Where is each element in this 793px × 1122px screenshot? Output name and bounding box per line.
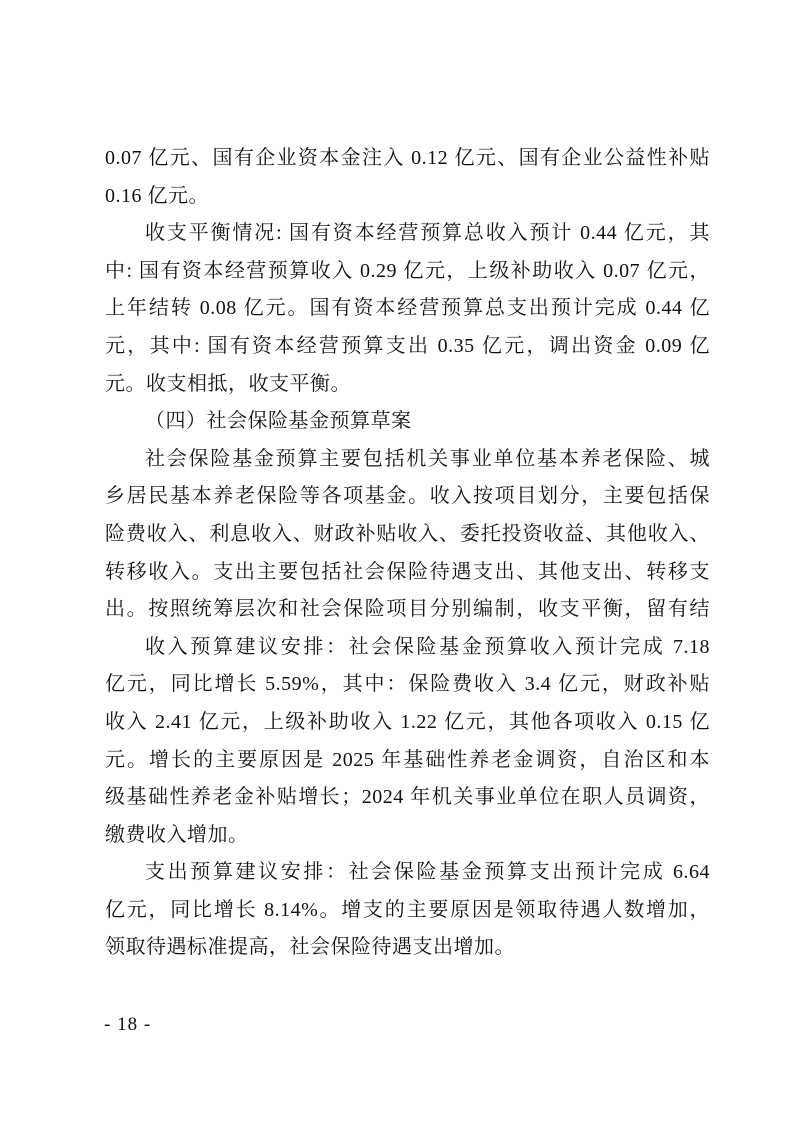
paragraph-line: 亿元，同比增长 5.59%，其中：保险费收入 3.4 亿元，财政补贴 xyxy=(105,666,710,704)
paragraph-line: 收入预算建议安排：社会保险基金预算收入预计完成 7.18 xyxy=(105,629,710,667)
paragraph-line: 亿元，同比增长 8.14%。增支的主要原因是领取待遇人数增加， xyxy=(105,892,710,930)
section-heading: （四）社会保险基金预算草案 xyxy=(105,403,710,441)
paragraph-line: 元，其中: 国有资本经营预算支出 0.35 亿元，调出资金 0.09 亿 xyxy=(105,328,710,366)
page-number: - 18 - xyxy=(104,1012,151,1038)
paragraph-line: 转移收入。支出主要包括社会保险待遇支出、其他支出、转移支 xyxy=(105,554,710,592)
paragraph-line: 上年结转 0.08 亿元。国有资本经营预算总支出预计完成 0.44 亿 xyxy=(105,290,710,328)
paragraph-line: 元。收支相抵，收支平衡。 xyxy=(105,366,710,404)
paragraph-line: 缴费收入增加。 xyxy=(105,817,710,855)
paragraph-line: 险费收入、利息收入、财政补贴收入、委托投资收益、其他收入、 xyxy=(105,516,710,554)
paragraph-line: 0.07 亿元、国有企业资本金注入 0.12 亿元、国有企业公益性补贴 xyxy=(105,140,710,178)
paragraph-line: 元。增长的主要原因是 2025 年基础性养老金调资，自治区和本 xyxy=(105,742,710,780)
paragraph-line: 收支平衡情况: 国有资本经营预算总收入预计 0.44 亿元，其 xyxy=(105,215,710,253)
paragraph-line: 0.16 亿元。 xyxy=(105,178,710,216)
paragraph-line: 领取待遇标准提高，社会保险待遇支出增加。 xyxy=(105,929,710,967)
paragraph-line: 社会保险基金预算主要包括机关事业单位基本养老保险、城 xyxy=(105,441,710,479)
paragraph-line: 支出预算建议安排：社会保险基金预算支出预计完成 6.64 xyxy=(105,854,710,892)
paragraph-line: 中: 国有资本经营预算收入 0.29 亿元，上级补助收入 0.07 亿元， xyxy=(105,253,710,291)
document-body: 0.07 亿元、国有企业资本金注入 0.12 亿元、国有企业公益性补贴0.16 … xyxy=(105,140,710,967)
paragraph-line: 级基础性养老金补贴增长；2024 年机关事业单位在职人员调资， xyxy=(105,779,710,817)
paragraph-line: 出。按照统筹层次和社会保险项目分别编制，收支平衡，留有结余。 xyxy=(105,591,710,629)
document-page: 0.07 亿元、国有企业资本金注入 0.12 亿元、国有企业公益性补贴0.16 … xyxy=(0,0,793,1122)
paragraph-line: 乡居民基本养老保险等各项基金。收入按项目划分，主要包括保 xyxy=(105,478,710,516)
paragraph-line: 收入 2.41 亿元，上级补助收入 1.22 亿元，其他各项收入 0.15 亿 xyxy=(105,704,710,742)
